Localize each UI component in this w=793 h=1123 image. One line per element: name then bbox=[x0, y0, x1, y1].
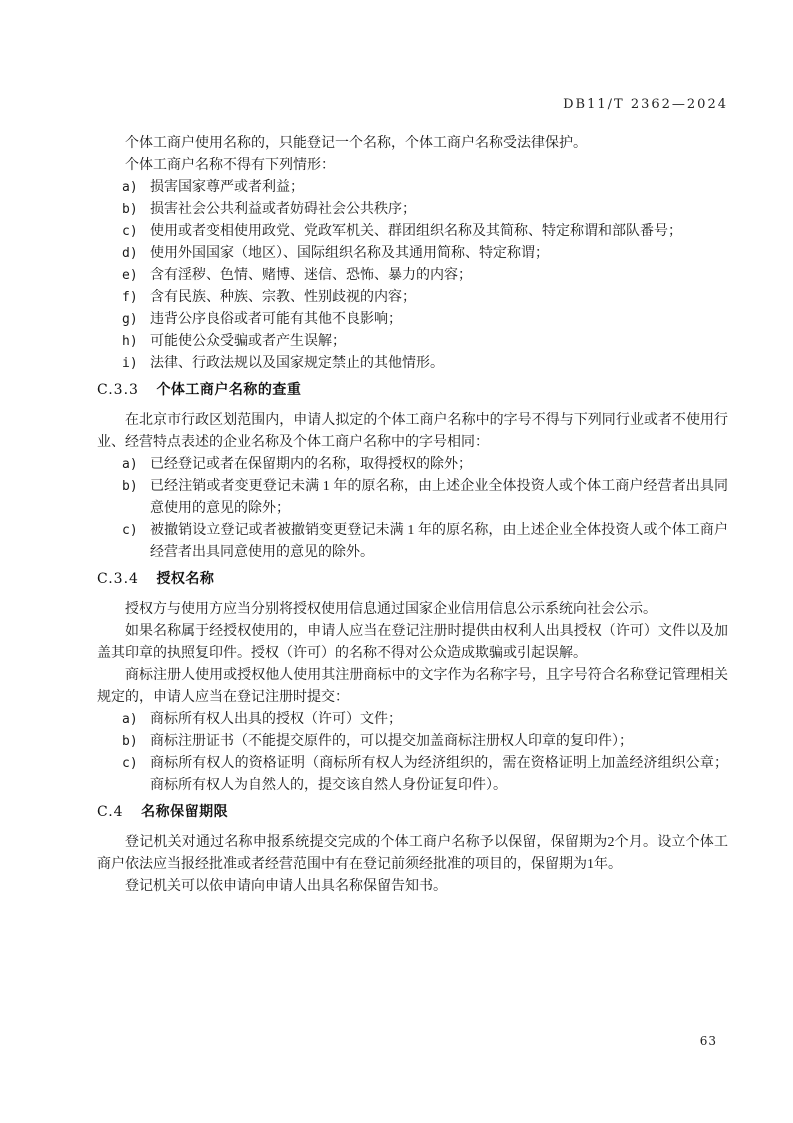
list-item-marker: b) bbox=[122, 199, 150, 221]
list-item-marker: a) bbox=[122, 454, 150, 476]
list-item-text: 已经登记或者在保留期内的名称，取得授权的除外； bbox=[150, 454, 728, 476]
name-prohibition-list: a) 损害国家尊严或者利益； b) 损害社会公共利益或者妨碍社会公共秩序； c)… bbox=[97, 177, 728, 375]
list-item-marker: h) bbox=[122, 331, 150, 353]
c34-paragraph-3: 商标注册人使用或授权他人使用其注册商标中的文字作为名称字号，且字号符合名称登记管… bbox=[97, 665, 728, 709]
list-item-text: 含有淫秽、色情、赌博、迷信、恐怖、暴力的内容； bbox=[150, 265, 728, 287]
list-item: c) 被撤销设立登记或者被撤销变更登记未满 1 年的原名称，由上述企业全体投资人… bbox=[97, 520, 728, 564]
list-item-text: 使用外国国家（地区）、国际组织名称及其通用简称、特定称谓； bbox=[150, 243, 728, 265]
list-item: b) 已经注销或者变更登记未满 1 年的原名称，由上述企业全体投资人或个体工商户… bbox=[97, 476, 728, 520]
document-page: DB11/T 2362—2024 个体工商户使用名称的，只能登记一个名称，个体工… bbox=[0, 0, 793, 1123]
list-item-text: 可能使公众受骗或者产生误解； bbox=[150, 331, 728, 353]
list-item-marker: a) bbox=[122, 709, 150, 731]
section-number: C.4 bbox=[97, 804, 124, 820]
list-item-text: 被撤销设立登记或者被撤销变更登记未满 1 年的原名称，由上述企业全体投资人或个体… bbox=[150, 520, 728, 564]
list-item: c) 商标所有权人的资格证明（商标所有权人为经济组织的，需在资格证明上加盖经济组… bbox=[97, 753, 728, 797]
list-item-marker: b) bbox=[122, 731, 150, 753]
list-item: a) 损害国家尊严或者利益； bbox=[97, 177, 728, 199]
c33-exception-list: a) 已经登记或者在保留期内的名称，取得授权的除外； b) 已经注销或者变更登记… bbox=[97, 454, 728, 564]
list-item-text: 含有民族、种族、宗教、性别歧视的内容； bbox=[150, 287, 728, 309]
doc-number-header: DB11/T 2362—2024 bbox=[97, 98, 728, 112]
list-item-marker: d) bbox=[122, 243, 150, 265]
page-content: DB11/T 2362—2024 个体工商户使用名称的，只能登记一个名称，个体工… bbox=[97, 98, 728, 898]
list-item-marker: c) bbox=[122, 520, 150, 564]
list-item: d) 使用外国国家（地区）、国际组织名称及其通用简称、特定称谓； bbox=[97, 243, 728, 265]
section-number: C.3.4 bbox=[97, 571, 139, 587]
list-item: b) 损害社会公共利益或者妨碍社会公共秩序； bbox=[97, 199, 728, 221]
section-heading-c34: C.3.4 授权名称 bbox=[97, 567, 728, 591]
list-item-text: 损害国家尊严或者利益； bbox=[150, 177, 728, 199]
list-item: h) 可能使公众受骗或者产生误解； bbox=[97, 331, 728, 353]
list-item-text: 违背公序良俗或者可能有其他不良影响； bbox=[150, 309, 728, 331]
list-item-marker: i) bbox=[122, 353, 150, 375]
list-item: e) 含有淫秽、色情、赌博、迷信、恐怖、暴力的内容； bbox=[97, 265, 728, 287]
list-item-marker: g) bbox=[122, 309, 150, 331]
c4-paragraph-2: 登记机关可以依申请向申请人出具名称保留告知书。 bbox=[97, 876, 728, 898]
list-item-marker: e) bbox=[122, 265, 150, 287]
intro-paragraph-2: 个体工商户名称不得有下列情形： bbox=[97, 155, 728, 177]
list-item-marker: f) bbox=[122, 287, 150, 309]
list-item-text: 商标所有权人的资格证明（商标所有权人为经济组织的，需在资格证明上加盖经济组织公章… bbox=[150, 753, 728, 797]
list-item: b) 商标注册证书（不能提交原件的，可以提交加盖商标注册权人印章的复印件）； bbox=[97, 731, 728, 753]
list-item-text: 损害社会公共利益或者妨碍社会公共秩序； bbox=[150, 199, 728, 221]
list-item: c) 使用或者变相使用政党、党政军机关、群团组织名称及其简称、特定称谓和部队番号… bbox=[97, 221, 728, 243]
list-item: a) 商标所有权人出具的授权（许可）文件； bbox=[97, 709, 728, 731]
section-number: C.3.3 bbox=[97, 382, 139, 398]
c34-paragraph-1: 授权方与使用方应当分别将授权使用信息通过国家企业信用信息公示系统向社会公示。 bbox=[97, 599, 728, 621]
intro-paragraph-1: 个体工商户使用名称的，只能登记一个名称，个体工商户名称受法律保护。 bbox=[97, 133, 728, 155]
list-item-text: 已经注销或者变更登记未满 1 年的原名称，由上述企业全体投资人或个体工商户经营者… bbox=[150, 476, 728, 520]
section-title: 授权名称 bbox=[156, 570, 214, 586]
list-item-text: 商标注册证书（不能提交原件的，可以提交加盖商标注册权人印章的复印件）； bbox=[150, 731, 728, 753]
list-item: i) 法律、行政法规以及国家规定禁止的其他情形。 bbox=[97, 353, 728, 375]
list-item-marker: c) bbox=[122, 753, 150, 797]
list-item-marker: a) bbox=[122, 177, 150, 199]
list-item-text: 商标所有权人出具的授权（许可）文件； bbox=[150, 709, 728, 731]
page-number: 63 bbox=[700, 1030, 717, 1052]
list-item: f) 含有民族、种族、宗教、性别歧视的内容； bbox=[97, 287, 728, 309]
list-item-marker: b) bbox=[122, 476, 150, 520]
section-heading-c4: C.4 名称保留期限 bbox=[97, 800, 728, 824]
list-item-text: 使用或者变相使用政党、党政军机关、群团组织名称及其简称、特定称谓和部队番号； bbox=[150, 221, 728, 243]
c34-paragraph-2: 如果名称属于经授权使用的，申请人应当在登记注册时提供由权利人出具授权（许可）文件… bbox=[97, 621, 728, 665]
section-heading-c33: C.3.3 个体工商户名称的查重 bbox=[97, 378, 728, 402]
c4-paragraph-1: 登记机关对通过名称申报系统提交完成的个体工商户名称予以保留，保留期为2个月。设立… bbox=[97, 832, 728, 876]
list-item-marker: c) bbox=[122, 221, 150, 243]
section-title: 个体工商户名称的查重 bbox=[156, 381, 301, 397]
c33-paragraph-1: 在北京市行政区划范围内，申请人拟定的个体工商户名称中的字号不得与下列同行业或者不… bbox=[97, 410, 728, 454]
section-title: 名称保留期限 bbox=[141, 803, 228, 819]
c34-submission-list: a) 商标所有权人出具的授权（许可）文件； b) 商标注册证书（不能提交原件的，… bbox=[97, 709, 728, 797]
list-item: a) 已经登记或者在保留期内的名称，取得授权的除外； bbox=[97, 454, 728, 476]
list-item: g) 违背公序良俗或者可能有其他不良影响； bbox=[97, 309, 728, 331]
list-item-text: 法律、行政法规以及国家规定禁止的其他情形。 bbox=[150, 353, 728, 375]
